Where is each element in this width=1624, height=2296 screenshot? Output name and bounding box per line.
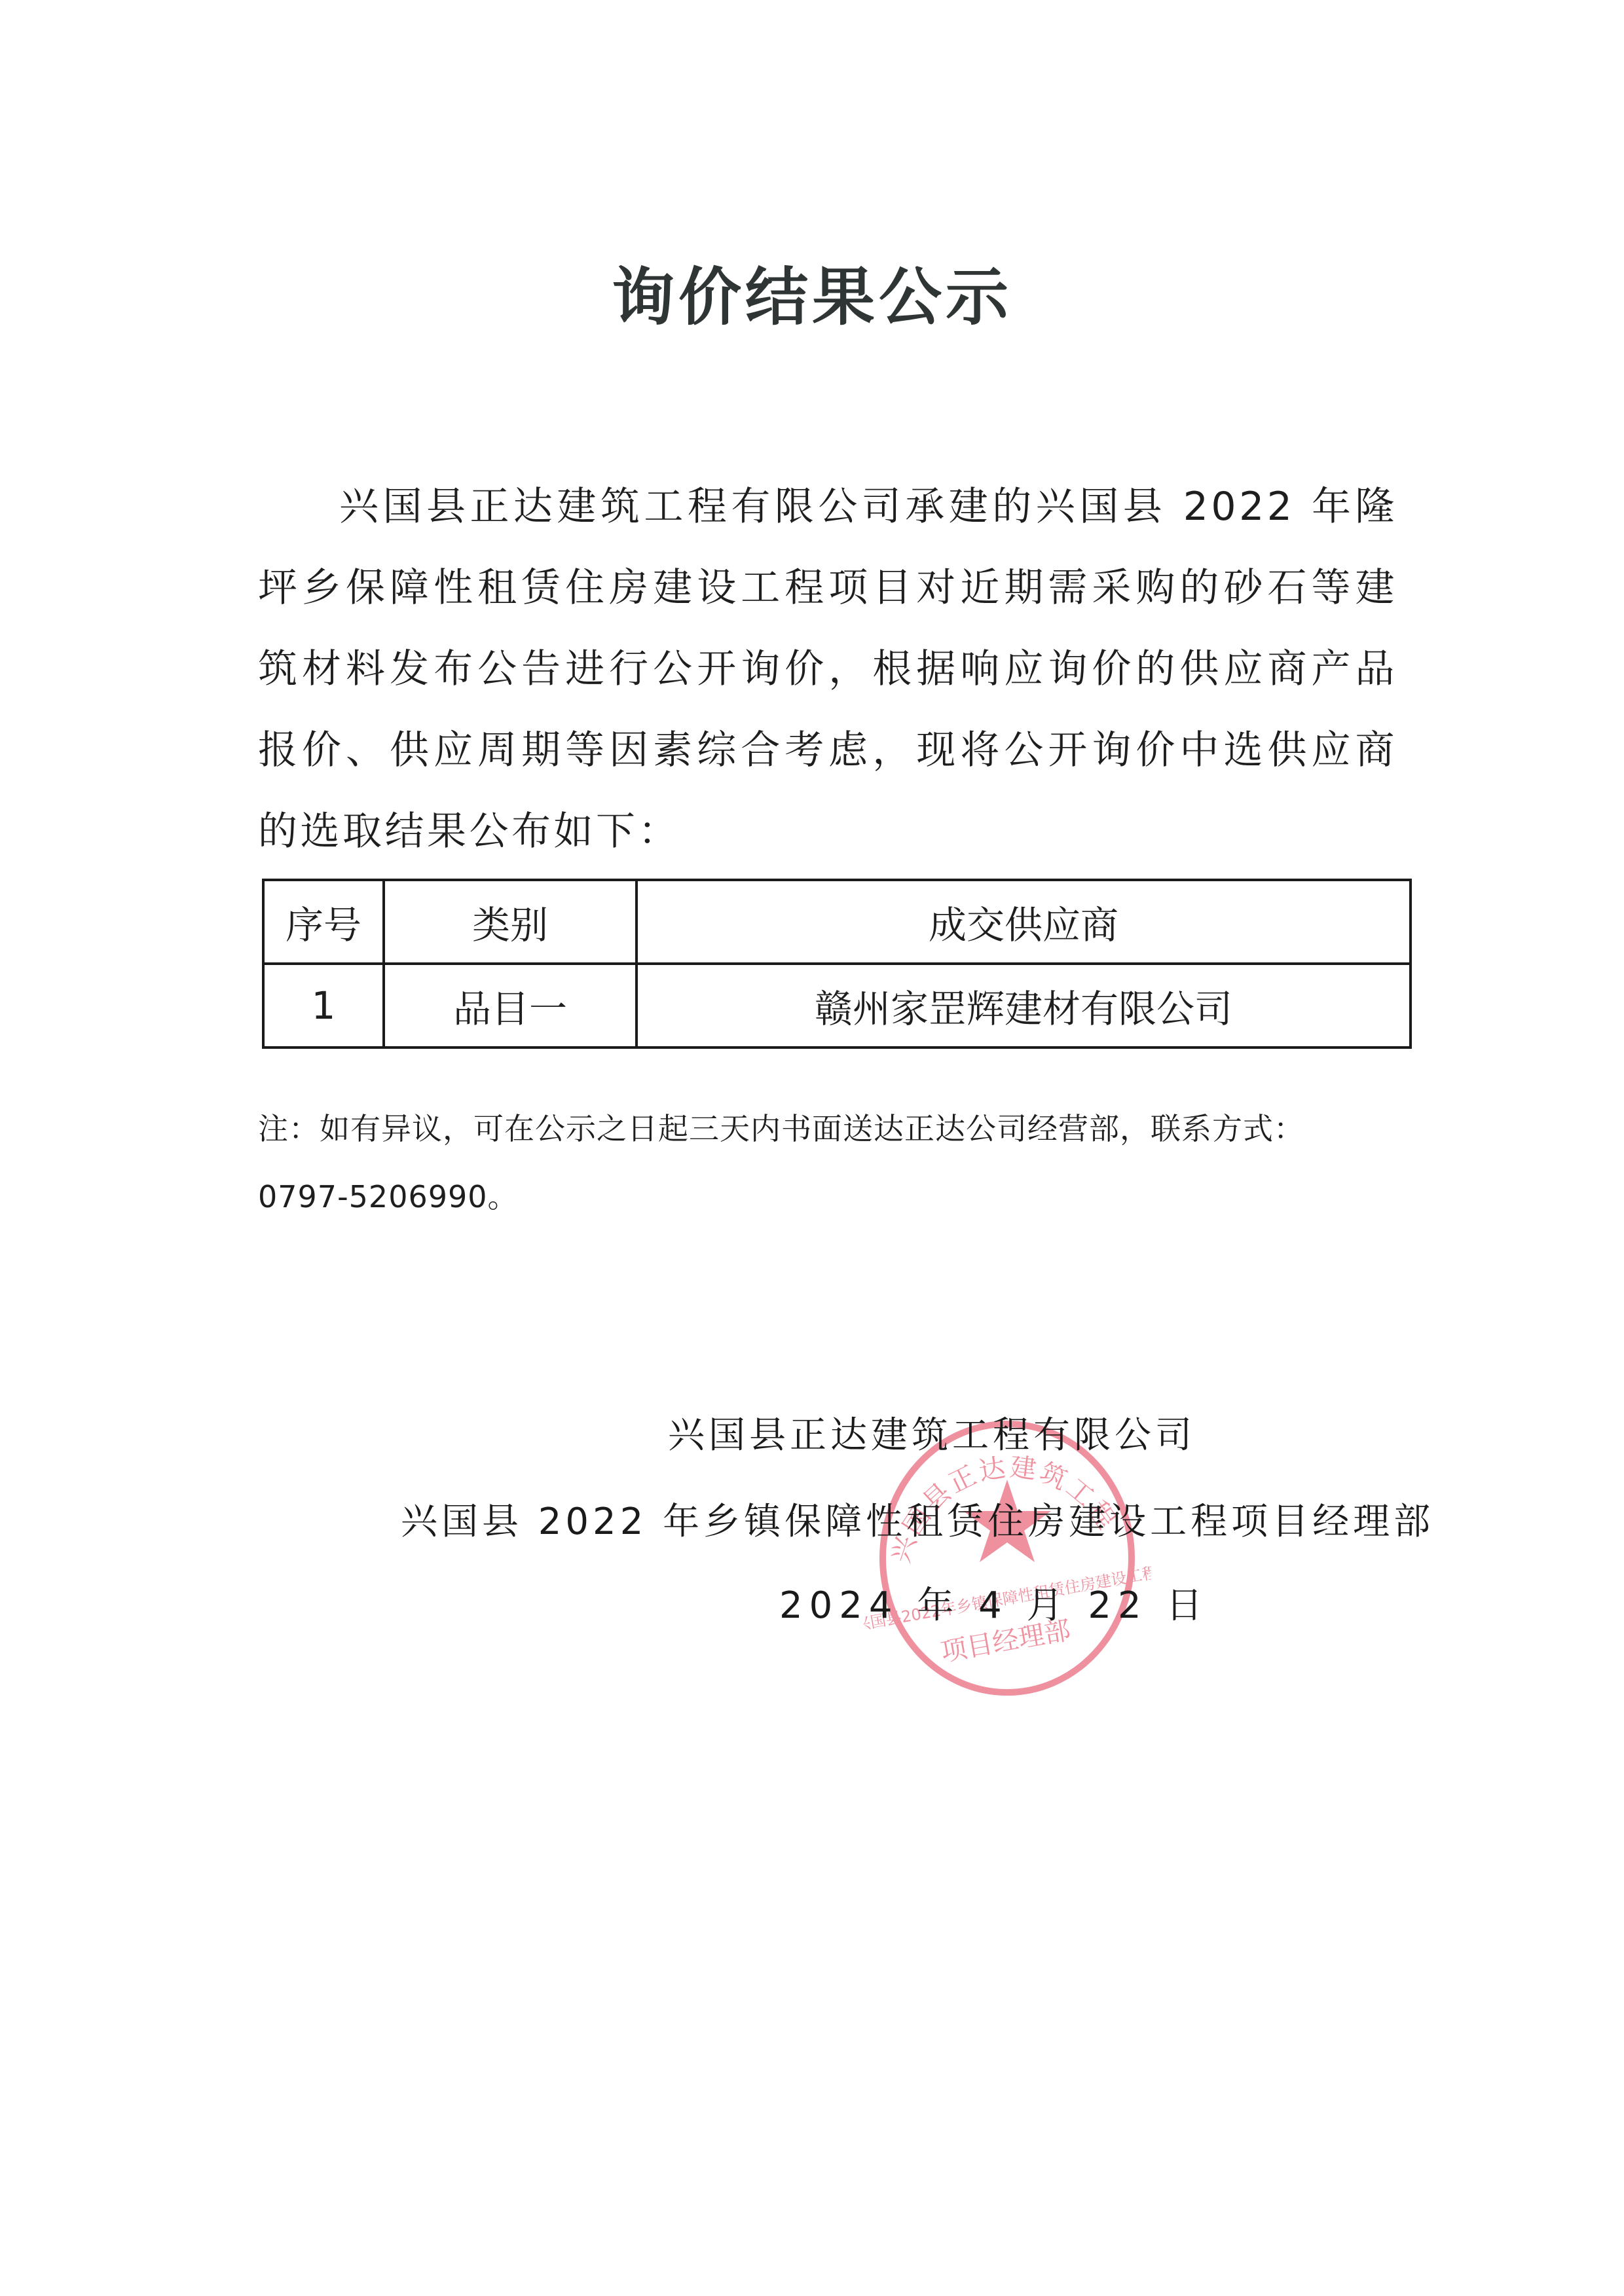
table-row: 1 品目一 赣州家罡辉建材有限公司 — [263, 964, 1411, 1048]
signature-company: 兴国县正达建筑工程有限公司 — [668, 1406, 1196, 1459]
header-supplier: 成交供应商 — [637, 880, 1411, 964]
table-header-row: 序号 类别 成交供应商 — [263, 880, 1411, 964]
cell-index: 1 — [263, 964, 384, 1048]
contact-phone: 0797-5206990。 — [258, 1163, 1437, 1231]
signature-date: 2024 年 4 月 22 日 — [779, 1576, 1209, 1629]
announcement-paragraph: 兴国县正达建筑工程有限公司承建的兴国县 2022 年隆坪乡保障性租赁住房建设工程… — [258, 466, 1397, 872]
header-category: 类别 — [384, 880, 637, 964]
cell-category: 品目一 — [384, 964, 637, 1048]
signature-department: 兴国县 2022 年乡镇保障性租赁住房建设工程项目经理部 — [401, 1493, 1434, 1545]
header-index: 序号 — [263, 880, 384, 964]
note-block: 注：如有异议，可在公示之日起三天内书面送达正达公司经营部，联系方式： 0797-… — [258, 1095, 1437, 1231]
page-title: 询价结果公示 — [0, 247, 1624, 337]
result-table: 序号 类别 成交供应商 1 品目一 赣州家罡辉建材有限公司 — [262, 879, 1412, 1049]
cell-supplier: 赣州家罡辉建材有限公司 — [637, 964, 1411, 1048]
note-text: 注：如有异议，可在公示之日起三天内书面送达正达公司经营部，联系方式： — [258, 1095, 1437, 1163]
